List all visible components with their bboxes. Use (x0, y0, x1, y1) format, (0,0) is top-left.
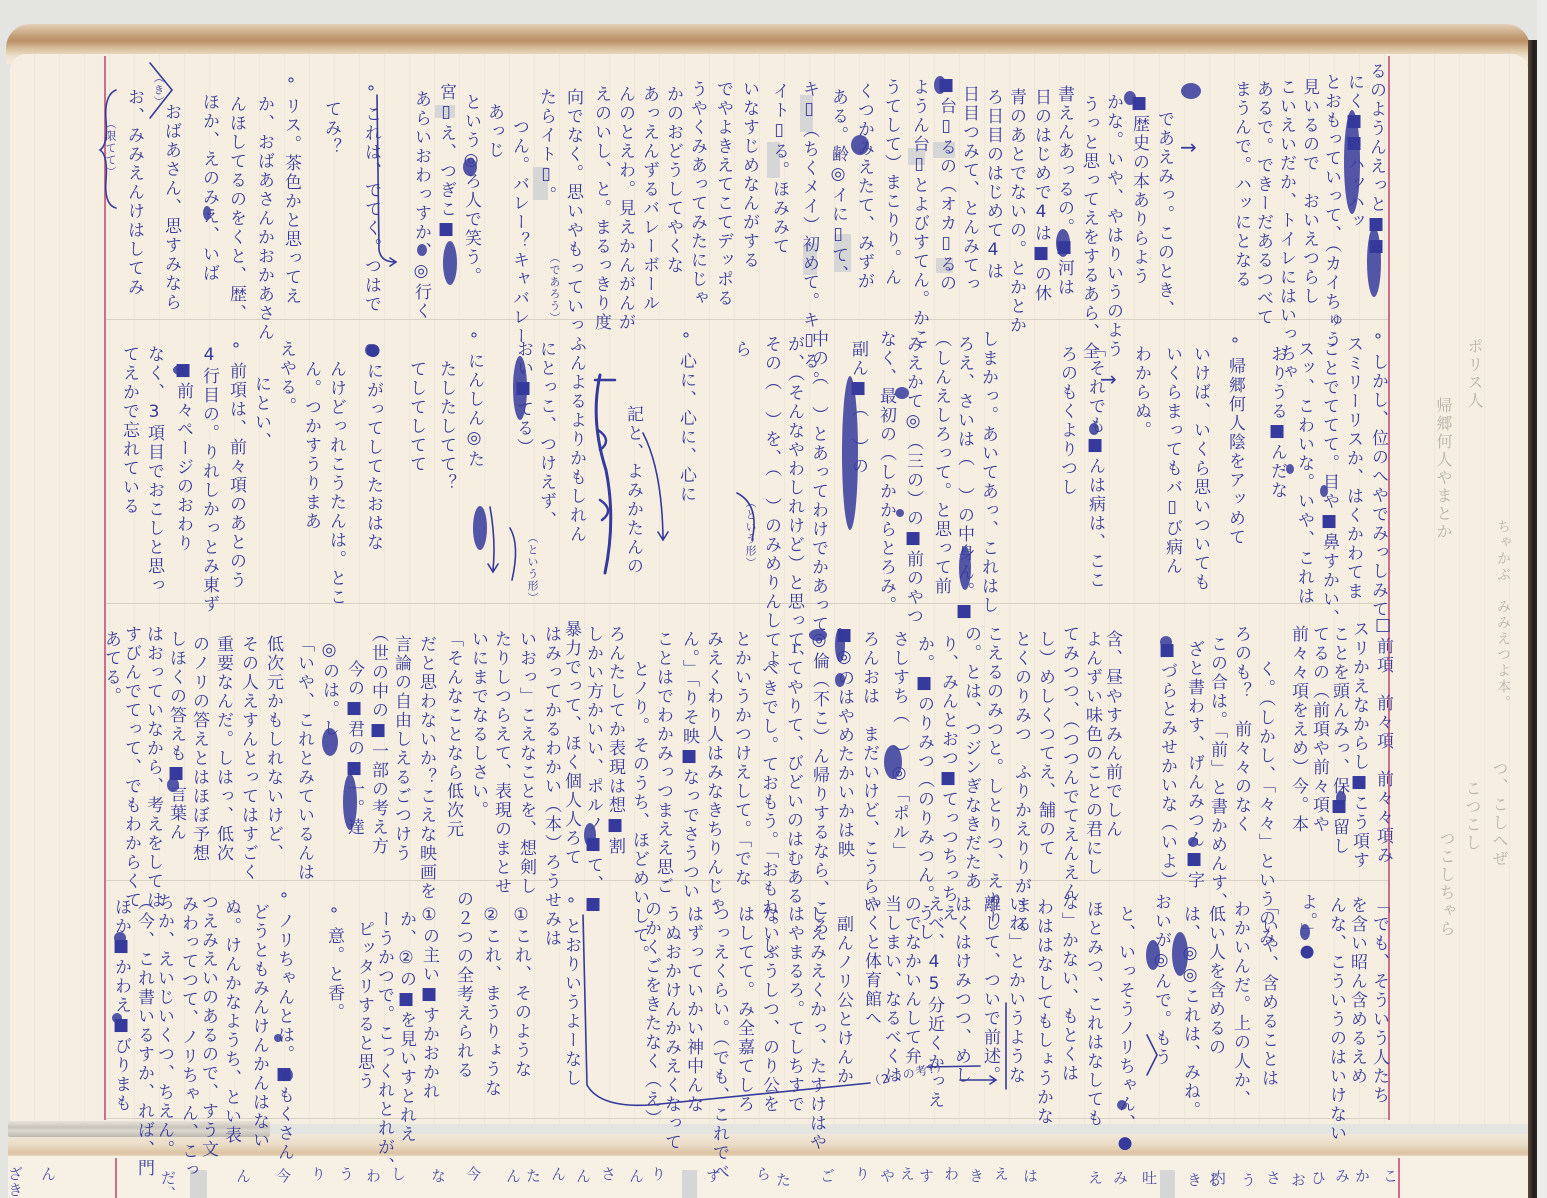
ink-scribble (1160, 636, 1172, 648)
ink-scribble (842, 376, 858, 530)
ink-scribble (365, 344, 375, 356)
connector-line (927, 1066, 980, 1067)
ink-scribble (203, 206, 211, 220)
ink-scribble (1367, 227, 1381, 297)
ink-scribble (896, 509, 904, 517)
ink-scribble (934, 76, 946, 94)
ink-scribble (884, 745, 902, 779)
ink-scribble (584, 823, 596, 847)
ink-scribble (343, 774, 357, 830)
arrow-line (960, 1076, 996, 1084)
bracket-line (737, 493, 754, 540)
ink-scribble (809, 629, 827, 641)
ink-scribble (1089, 423, 1099, 435)
ink-scribble (1172, 932, 1188, 976)
ink-scribble (1124, 91, 1136, 105)
connector-line (583, 915, 870, 1105)
angle-bracket (1147, 1035, 1157, 1075)
ink-marks-layer (0, 0, 1547, 1198)
bracket-line (510, 528, 516, 580)
arrow-line (643, 433, 668, 540)
ink-scribble (463, 158, 477, 176)
ink-scribble (895, 387, 909, 399)
curly-bracket (100, 90, 116, 208)
ink-scribble (114, 932, 126, 944)
ink-scribble (112, 1013, 122, 1023)
bracket-lines (100, 63, 1157, 1105)
ink-scribble (473, 506, 487, 550)
scribble-line (596, 375, 611, 573)
angle-bracket (150, 63, 172, 118)
bracket-line (377, 95, 395, 262)
ink-scribble (1056, 229, 1070, 257)
ink-scribble (959, 546, 971, 590)
ink-scribble (1286, 464, 1294, 474)
ink-scribble (513, 356, 527, 420)
ink-scribble (274, 1034, 282, 1042)
ink-scribble (851, 135, 869, 155)
scribble-loops (595, 380, 615, 520)
ink-scribble (835, 673, 845, 687)
ink-scribble (1146, 940, 1160, 970)
arrow-line (488, 507, 498, 572)
ink-scribble (1344, 110, 1360, 214)
ink-scribble (1117, 1100, 1127, 1110)
ink-scribble (167, 778, 179, 792)
ink-scribble (443, 241, 457, 285)
ink-scribble (322, 728, 338, 756)
ink-scribble (173, 365, 187, 375)
ink-scribble (1300, 924, 1310, 940)
ink-scribble (283, 1069, 293, 1081)
ink-scribble (835, 628, 845, 662)
ink-scribble (1320, 485, 1328, 497)
ink-scribble (1188, 837, 1198, 847)
ink-scribble (1336, 791, 1346, 805)
scribble-group (112, 76, 1381, 1110)
ink-scribble (417, 244, 427, 256)
ink-scribble (1181, 83, 1201, 99)
